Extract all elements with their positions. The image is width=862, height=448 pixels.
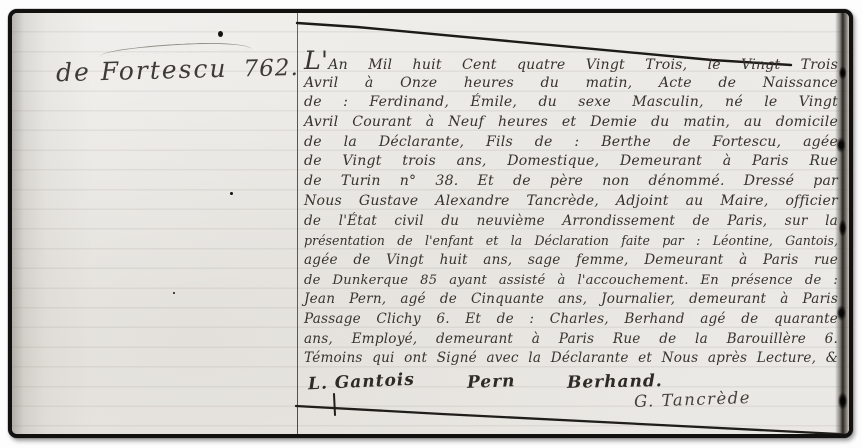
act-line: de : Ferdinand, Émile, du sexe Masculin,…: [304, 93, 838, 113]
act-line: de l'État civil du neuvième Arrondisseme…: [304, 212, 838, 232]
document-scan-frame: de Fortescu762. L'An Mil huit Cent quatr…: [8, 9, 853, 438]
signature-officer: G. Tancrède: [634, 388, 752, 411]
margin-note: de Fortescu762.: [56, 52, 307, 88]
act-line: de Dunkerque 85 ayant assisté à l'accouc…: [304, 271, 838, 291]
act-number: 762.: [243, 55, 299, 82]
act-line: de Vingt trois ans, Domestique, Demeuran…: [304, 152, 838, 172]
act-line: Avril Courant à Neuf heures et Demie du …: [304, 113, 838, 133]
archive-scan-viewport: de Fortescu762. L'An Mil huit Cent quatr…: [0, 0, 862, 448]
act-line: présentation de l'enfant et la Déclarati…: [304, 231, 838, 251]
act-line: Jean Pern, agé de Cinquante ans, Journal…: [304, 290, 838, 310]
ink-speck: [230, 192, 233, 195]
column-rule: [297, 13, 298, 434]
register-page: de Fortescu762. L'An Mil huit Cent quatr…: [12, 13, 849, 434]
act-line: Témoins qui ont Signé avec la Déclarante…: [304, 349, 838, 369]
act-line: ans, Employé, demeurant à Paris Rue de l…: [304, 330, 838, 350]
act-line: agée de Vingt huit ans, sage femme, Deme…: [304, 251, 838, 271]
act-line: L'An Mil huit Cent quatre Vingt Trois, l…: [304, 54, 838, 74]
signature-witness-1: Pern: [467, 371, 516, 393]
act-line: Nous Gustave Alexandre Tancrède, Adjoint…: [304, 192, 838, 212]
act-body: L'An Mil huit Cent quatre Vingt Trois, l…: [304, 54, 838, 369]
bottom-closing-stroke: [296, 406, 849, 434]
margin-surname: de Fortescu: [56, 54, 228, 87]
ink-speck: [173, 292, 175, 294]
page-binding-edge: [835, 13, 849, 434]
signature-witness-2: Berhand.: [567, 371, 663, 393]
act-line: Avril à Onze heures du matin, Acte de Na…: [304, 74, 838, 94]
paraph-stroke: [334, 394, 335, 415]
signature-row: L. Gantois Pern Berhand.: [308, 372, 663, 392]
act-line: Passage Clichy 6. Et de : Charles, Berha…: [304, 310, 838, 330]
signature-declarant: L. Gantois: [308, 370, 416, 395]
ink-speck: [218, 31, 223, 37]
act-line: de la Déclarante, Fils de : Berthe de Fo…: [304, 133, 838, 153]
act-line: de Turin n° 38. Et de père non dénommé. …: [304, 172, 838, 192]
